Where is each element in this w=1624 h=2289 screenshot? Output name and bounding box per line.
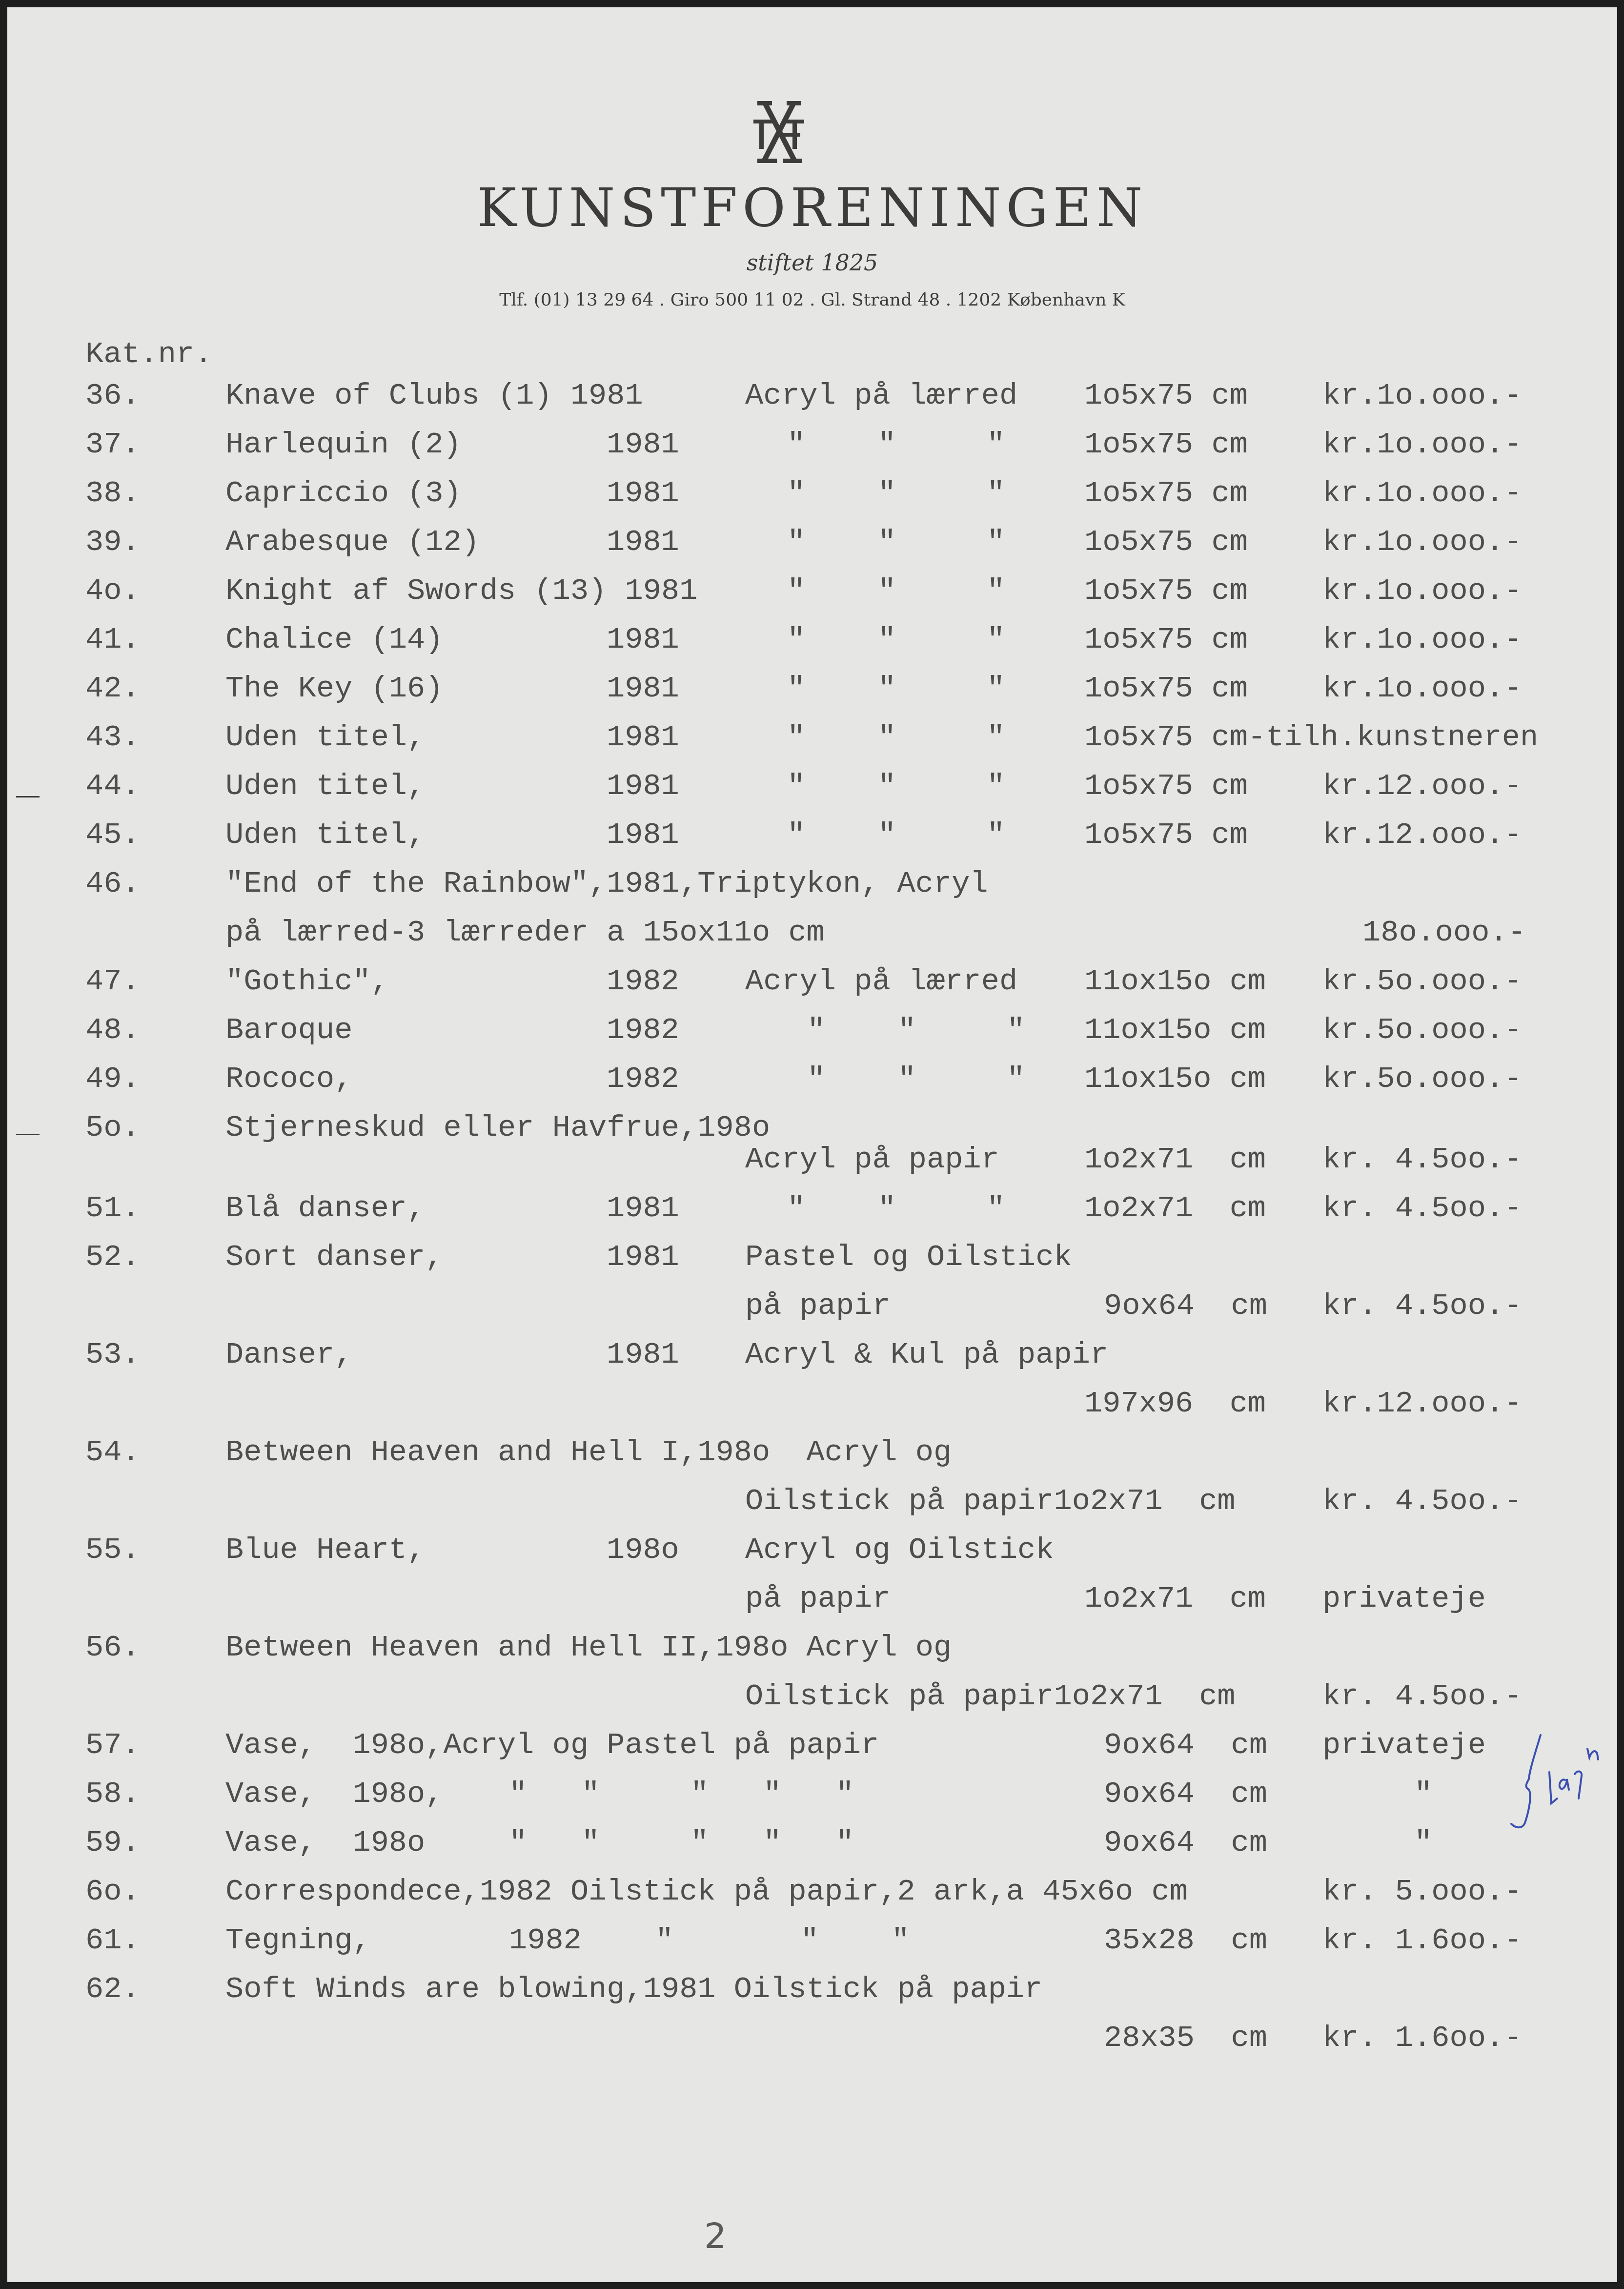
catalogue-cell: Stjerneskud eller Havfrue,198o [225,1113,770,1143]
catalogue-cell: Soft Winds are blowing,1981 Oilstick på … [225,1974,1042,2004]
catalogue-cell: 11ox15o cm [1084,966,1266,997]
catalogue-cell: Uden titel, [225,722,425,753]
catalogue-number: 61. [85,1925,140,1956]
catalogue-cell: kr. 4.5oo.- [1322,1193,1522,1224]
catalogue-number: 57. [85,1730,140,1760]
catalogue-cell: Acryl & Kul på papir [745,1340,1108,1370]
catalogue-cell: Chalice (14) [225,625,443,655]
catalogue-number: 6o. [85,1877,140,1907]
catalogue-cell: kr.12.ooo.- [1322,771,1522,801]
catalogue-number: 37. [85,429,140,460]
catalogue-cell: " " " " " [509,1828,854,1858]
catalogue-cell: kr.12.ooo.- [1322,1389,1522,1419]
margin-dash-mark [16,796,40,797]
catalogue-cell: 1981 [607,625,679,655]
catalogue-cell: 1o2x71 cm [1084,1584,1266,1614]
catalogue-number: 39. [85,527,140,557]
catalogue-cell: kr.1o.ooo.- [1322,674,1522,704]
catalogue-cell: 198o [607,1535,679,1565]
catalogue-cell: " " " [787,722,1005,753]
org-name: KUNSTFORENINGEN [7,182,1617,235]
catalogue-number: 38. [85,478,140,509]
catalogue-cell: 9ox64 cm [1104,1779,1267,1809]
catalogue-cell: 9ox64 cm [1104,1828,1267,1858]
catalogue-cell: Acryl på lærred [745,381,1017,411]
catalogue-cell: "End of the Rainbow",1981,Triptykon, Acr… [225,869,988,899]
catalogue-cell: Acryl på lærred [745,966,1017,997]
catalogue-number: 42. [85,674,140,704]
catalogue-cell: 1982 [607,1064,679,1094]
catalogue-cell: 1o5x75 cm [1084,771,1248,801]
catalogue-cell: kr.1o.ooo.- [1322,478,1522,509]
catalogue-cell: kr.1o.ooo.- [1322,527,1522,557]
catalogue-cell: kr.1o.ooo.- [1322,381,1522,411]
catalogue-cell: Vase, 198o, [225,1779,443,1809]
catalogue-cell: Rococo, [225,1064,352,1094]
catalogue-cell: 1o5x75 cm [1084,576,1248,606]
page-number: 2 [704,2218,727,2253]
catalogue-cell: " " " [787,625,1005,655]
catalogue-number: 36. [85,381,140,411]
catalogue-number: 5o. [85,1113,140,1143]
catalogue-cell: Vase, 198o,Acryl og Pastel på papir [225,1730,879,1760]
catalogue-cell: Knave of Clubs (1) 1981 [225,381,643,411]
brace-annotation-icon [1510,1725,1624,1847]
catalogue-cell: Danser, [225,1340,352,1370]
catalogue-cell: Uden titel, [225,771,425,801]
catalogue-cell: Tegning, [225,1925,371,1956]
catalogue-number: 52. [85,1242,140,1272]
catalogue-cell: 1981 [607,1193,679,1224]
catalogue-cell: 1981 [607,722,679,753]
catalogue-cell: 1o5x75 cm [1084,381,1248,411]
catalogue-number: 55. [85,1535,140,1565]
catalogue-cell: Vase, 198o [225,1828,425,1858]
catalogue-cell: kr. 1.6oo.- [1322,1925,1522,1956]
catalogue-cell: 11ox15o cm [1084,1064,1266,1094]
catalogue-cell: 1o5x75 cm [1084,625,1248,655]
catalogue-cell: 1981 [607,1242,679,1272]
catalogue-cell: privateje [1322,1730,1486,1760]
catalogue-cell: kr. 1.6oo.- [1322,2023,1522,2053]
catalogue-cell: " " " [655,1925,910,1956]
catalogue-cell: 1o2x71 cm [1084,1144,1266,1175]
catalogue-cell: 1981 [607,1340,679,1370]
document-page: KUNSTFORENINGEN stiftet 1825 Tlf. (01) 1… [7,7,1617,2282]
catalogue-cell: Sort danser, [225,1242,443,1272]
catalogue-cell: " " " [787,771,1005,801]
catalogue-cell: Harlequin (2) [225,429,462,460]
catalogue-cell: " " " [787,1193,1005,1224]
catalogue-cell: " " " [787,429,1005,460]
catalogue-cell: kr. 4.5oo.- [1322,1681,1522,1712]
catalogue-number: 56. [85,1633,140,1663]
catalogue-cell: 1981 [607,478,679,509]
catalogue-cell: " " " [787,576,1005,606]
catalogue-cell: Baroque [225,1015,352,1045]
catalogue-cell: " " " [787,527,1005,557]
catalogue-number: 44. [85,771,140,801]
catalogue-cell: "Gothic", [225,966,389,997]
catalogue-cell: Blue Heart, [225,1535,425,1565]
catalogue-cell: Correspondece,1982 Oilstick på papir,2 a… [225,1877,1188,1907]
catalogue-cell: kr.5o.ooo.- [1322,1064,1522,1094]
catalogue-number: 59. [85,1828,140,1858]
catalogue-number: 62. [85,1974,140,2004]
catalogue-cell: 1o5x75 cm-tilh.kunstneren [1084,722,1538,753]
catalogue-cell: " " " [787,820,1005,850]
org-subtitle: stiftet 1825 [7,251,1617,274]
catalogue-cell: på papir [745,1584,891,1614]
catalogue-cell: Capriccio (3) [225,478,462,509]
catalogue-cell: kr. 4.5oo.- [1322,1144,1522,1175]
catalogue-cell: 9ox64 cm [1104,1291,1267,1321]
catalogue-cell: " " " [787,674,1005,704]
catalogue-cell: kr.1o.ooo.- [1322,576,1522,606]
catalogue-cell: 1981 [607,429,679,460]
catalogue-cell: Blå danser, [225,1193,425,1224]
catalogue-cell: på papir [745,1291,891,1321]
catalogue-cell: Oilstick på papir1o2x71 cm [745,1486,1236,1516]
catalogue-cell: 9ox64 cm [1104,1730,1267,1760]
catalogue-number: 46. [85,869,140,899]
catalogue-number: 47. [85,966,140,997]
catalogue-number: 58. [85,1779,140,1809]
catalogue-cell: 1o5x75 cm [1084,429,1248,460]
catalogue-cell: kr.5o.ooo.- [1322,966,1522,997]
catalogue-number: 45. [85,820,140,850]
catalogue-cell: privateje [1322,1584,1486,1614]
catalogue-cell: på lærred-3 lærreder a 15ox11o cm [225,918,825,948]
catalogue-cell: 28x35 cm [1104,2023,1267,2053]
catalogue-number: 54. [85,1437,140,1468]
catalogue-number: 43. [85,722,140,753]
catalogue-cell: 1o5x75 cm [1084,527,1248,557]
catalogue-cell: 1981 [607,771,679,801]
catalogue-cell: The Key (16) [225,674,443,704]
catalogue-cell: " " " " " [509,1779,854,1809]
catalogue-cell: Oilstick på papir1o2x71 cm [745,1681,1236,1712]
catalogue-number: 48. [85,1015,140,1045]
catalogue-number: 53. [85,1340,140,1370]
catalogue-cell: 18o.ooo.- [1362,918,1526,948]
catalogue-cell: " [1414,1779,1432,1809]
catalogue-cell: Uden titel, [225,820,425,850]
catalogue-cell: kr.1o.ooo.- [1322,625,1522,655]
catalogue-cell: 1o2x71 cm [1084,1193,1266,1224]
catalogue-cell: 35x28 cm [1104,1925,1267,1956]
catalogue-cell: 197x96 cm [1084,1389,1266,1419]
catalogue-cell: kr. 4.5oo.- [1322,1486,1522,1516]
kf-monogram-icon [752,100,806,163]
catalogue-number: 41. [85,625,140,655]
catalogue-cell: 1o5x75 cm [1084,674,1248,704]
org-contact: Tlf. (01) 13 29 64 . Giro 500 11 02 . Gl… [7,291,1617,309]
catalogue-cell: " " " [807,1064,1025,1094]
catalogue-cell: " " " [787,478,1005,509]
catalogue-cell: " [1414,1828,1432,1858]
catalogue-cell: 1981 [607,674,679,704]
catalogue-cell: Between Heaven and Hell II,198o Acryl og [225,1633,952,1663]
catalogue-number: 4o. [85,576,140,606]
catalogue-cell: kr. 5.ooo.- [1322,1877,1522,1907]
catalogue-number: 49. [85,1064,140,1094]
catalogue-cell: 1982 [607,1015,679,1045]
catalogue-cell: kr. 4.5oo.- [1322,1291,1522,1321]
margin-dash-mark [16,1134,40,1135]
catalogue-cell: kr.1o.ooo.- [1322,429,1522,460]
catalogue-number: 51. [85,1193,140,1224]
catalogue-cell: 1982 [509,1925,582,1956]
catalogue-cell: kr.12.ooo.- [1322,820,1522,850]
catalogue-cell: " " " [807,1015,1025,1045]
catalogue-cell: Pastel og Oilstick [745,1242,1072,1272]
catalogue-cell: 1981 [607,820,679,850]
catalogue-cell: Arabesque (12) [225,527,480,557]
catalogue-cell: 11ox15o cm [1084,1015,1266,1045]
catalogue-cell: Between Heaven and Hell I,198o Acryl og [225,1437,952,1468]
catalogue-cell: 1o5x75 cm [1084,478,1248,509]
catalogue-cell: 1982 [607,966,679,997]
catalogue-cell: Acryl på papir [745,1144,999,1175]
catalogue-cell: kr.5o.ooo.- [1322,1015,1522,1045]
catalogue-cell: 1981 [607,527,679,557]
catalogue-cell: 1o5x75 cm [1084,820,1248,850]
catalogue-cell: Acryl og Oilstick [745,1535,1054,1565]
catalogue-cell: Knight af Swords (13) 1981 [225,576,697,606]
list-heading: Kat.nr. [85,339,212,369]
